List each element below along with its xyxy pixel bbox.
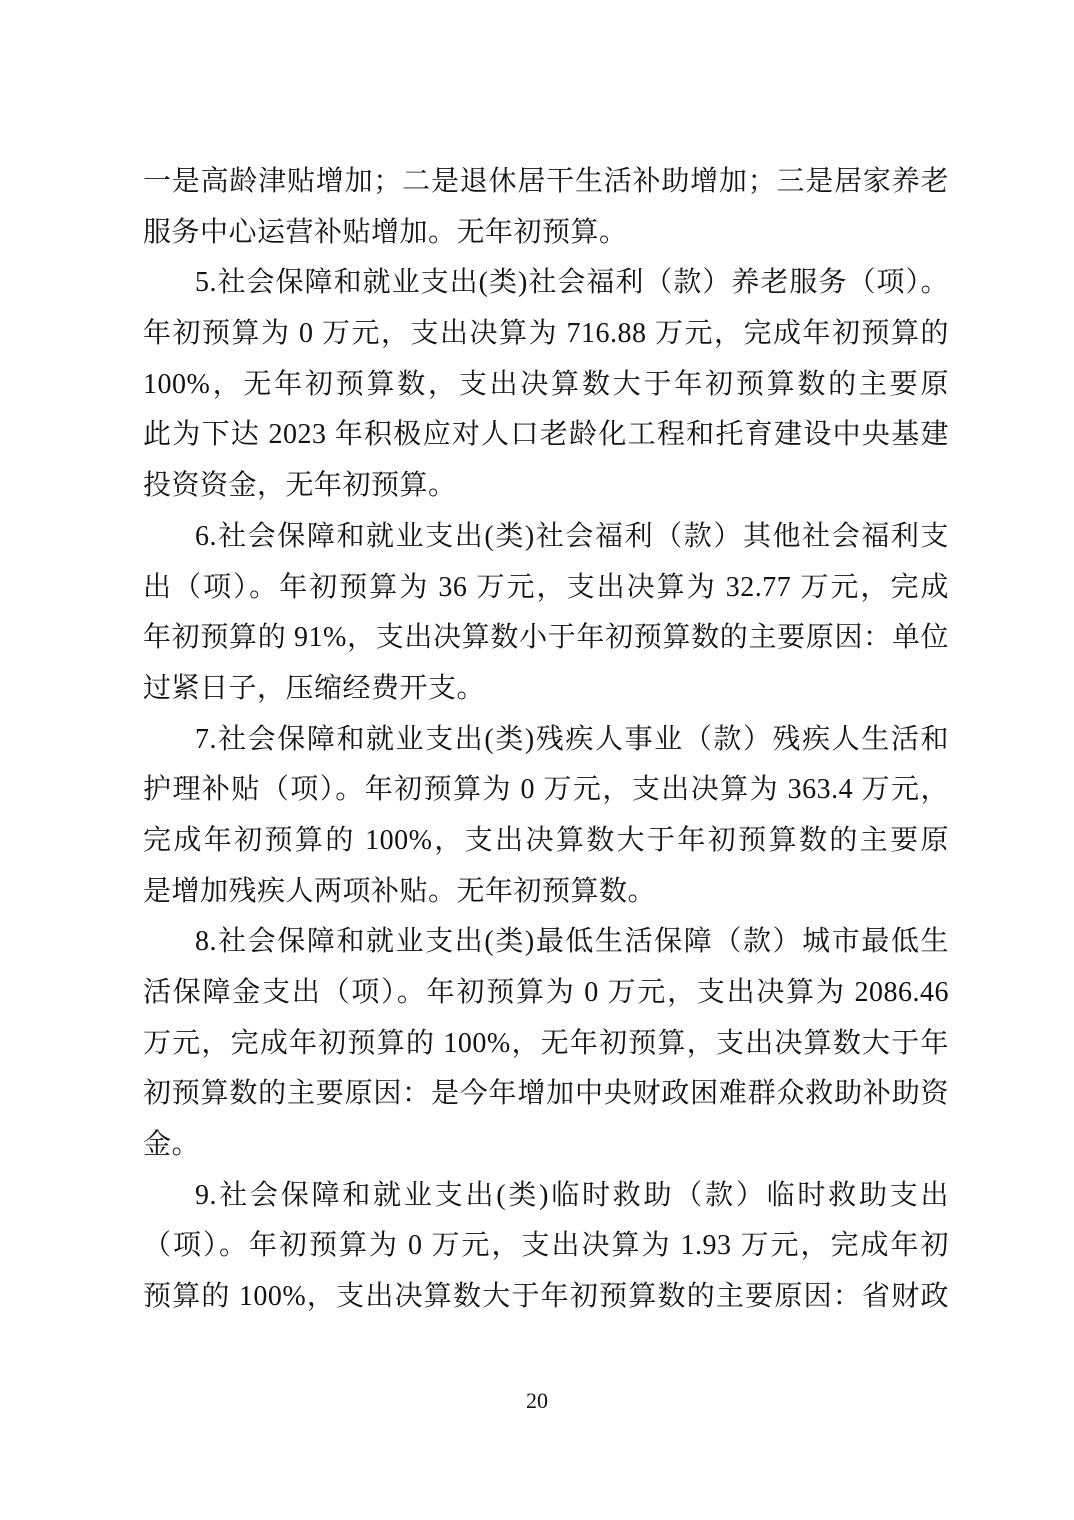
text-line: 9.社会保障和就业支出(类)临时救助（款）临时救助支出 [143,1171,949,1222]
text-line: 万元，完成年初预算的 100%，无年初预算，支出决算数大于年 [143,1019,949,1070]
document-page: 一是高龄津贴增加；二是退休居干生活补助增加；三是居家养老服务中心运营补贴增加。无… [0,0,1074,1520]
paragraph: 一是高龄津贴增加；二是退休居干生活补助增加；三是居家养老服务中心运营补贴增加。无… [143,157,949,258]
text-line: 8.社会保障和就业支出(类)最低生活保障（款）城市最低生 [143,917,949,968]
paragraph: 6.社会保障和就业支出(类)社会福利（款）其他社会福利支出（项）。年初预算为 3… [143,512,949,715]
text-line: 7.社会保障和就业支出(类)残疾人事业（款）残疾人生活和 [143,715,949,766]
text-line: （项）。年初预算为 0 万元，支出决算为 1.93 万元，完成年初 [143,1221,949,1272]
page-number: 20 [0,1388,1074,1414]
text-line: 护理补贴（项）。年初预算为 0 万元，支出决算为 363.4 万元， [143,765,949,816]
text-line: 完成年初预算的 100%，支出决算数大于年初预算数的主要原因： [143,816,949,867]
text-line: 5.社会保障和就业支出(类)社会福利（款）养老服务（项）。 [143,258,949,309]
text-line: 服务中心运营补贴增加。无年初预算。 [143,208,949,259]
paragraph: 9.社会保障和就业支出(类)临时救助（款）临时救助支出（项）。年初预算为 0 万… [143,1171,949,1323]
body-text: 一是高龄津贴增加；二是退休居干生活补助增加；三是居家养老服务中心运营补贴增加。无… [143,157,949,1323]
text-line: 初预算数的主要原因：是今年增加中央财政困难群众救助补助资 [143,1069,949,1120]
text-line: 此为下达 2023 年积极应对人口老龄化工程和托育建设中央基建 [143,410,949,461]
paragraph: 8.社会保障和就业支出(类)最低生活保障（款）城市最低生活保障金支出（项）。年初… [143,917,949,1170]
text-line: 活保障金支出（项）。年初预算为 0 万元，支出决算为 2086.46 [143,968,949,1019]
text-line: 出（项）。年初预算为 36 万元，支出决算为 32.77 万元，完成 [143,563,949,614]
text-line: 投资资金，无年初预算。 [143,461,949,512]
text-line: 6.社会保障和就业支出(类)社会福利（款）其他社会福利支 [143,512,949,563]
paragraph: 5.社会保障和就业支出(类)社会福利（款）养老服务（项）。年初预算为 0 万元，… [143,258,949,511]
text-line: 是增加残疾人两项补贴。无年初预算数。 [143,867,949,918]
text-line: 金。 [143,1120,949,1171]
text-line: 100%，无年初预算数，支出决算数大于年初预算数的主要原因： [143,360,949,411]
text-line: 一是高龄津贴增加；二是退休居干生活补助增加；三是居家养老 [143,157,949,208]
text-line: 年初预算的 91%，支出决算数小于年初预算数的主要原因：单位 [143,613,949,664]
paragraph: 7.社会保障和就业支出(类)残疾人事业（款）残疾人生活和护理补贴（项）。年初预算… [143,715,949,918]
text-line: 过紧日子，压缩经费开支。 [143,664,949,715]
text-line: 年初预算为 0 万元，支出决算为 716.88 万元，完成年初预算的 [143,309,949,360]
text-line: 预算的 100%，支出决算数大于年初预算数的主要原因：省财政 [143,1272,949,1323]
